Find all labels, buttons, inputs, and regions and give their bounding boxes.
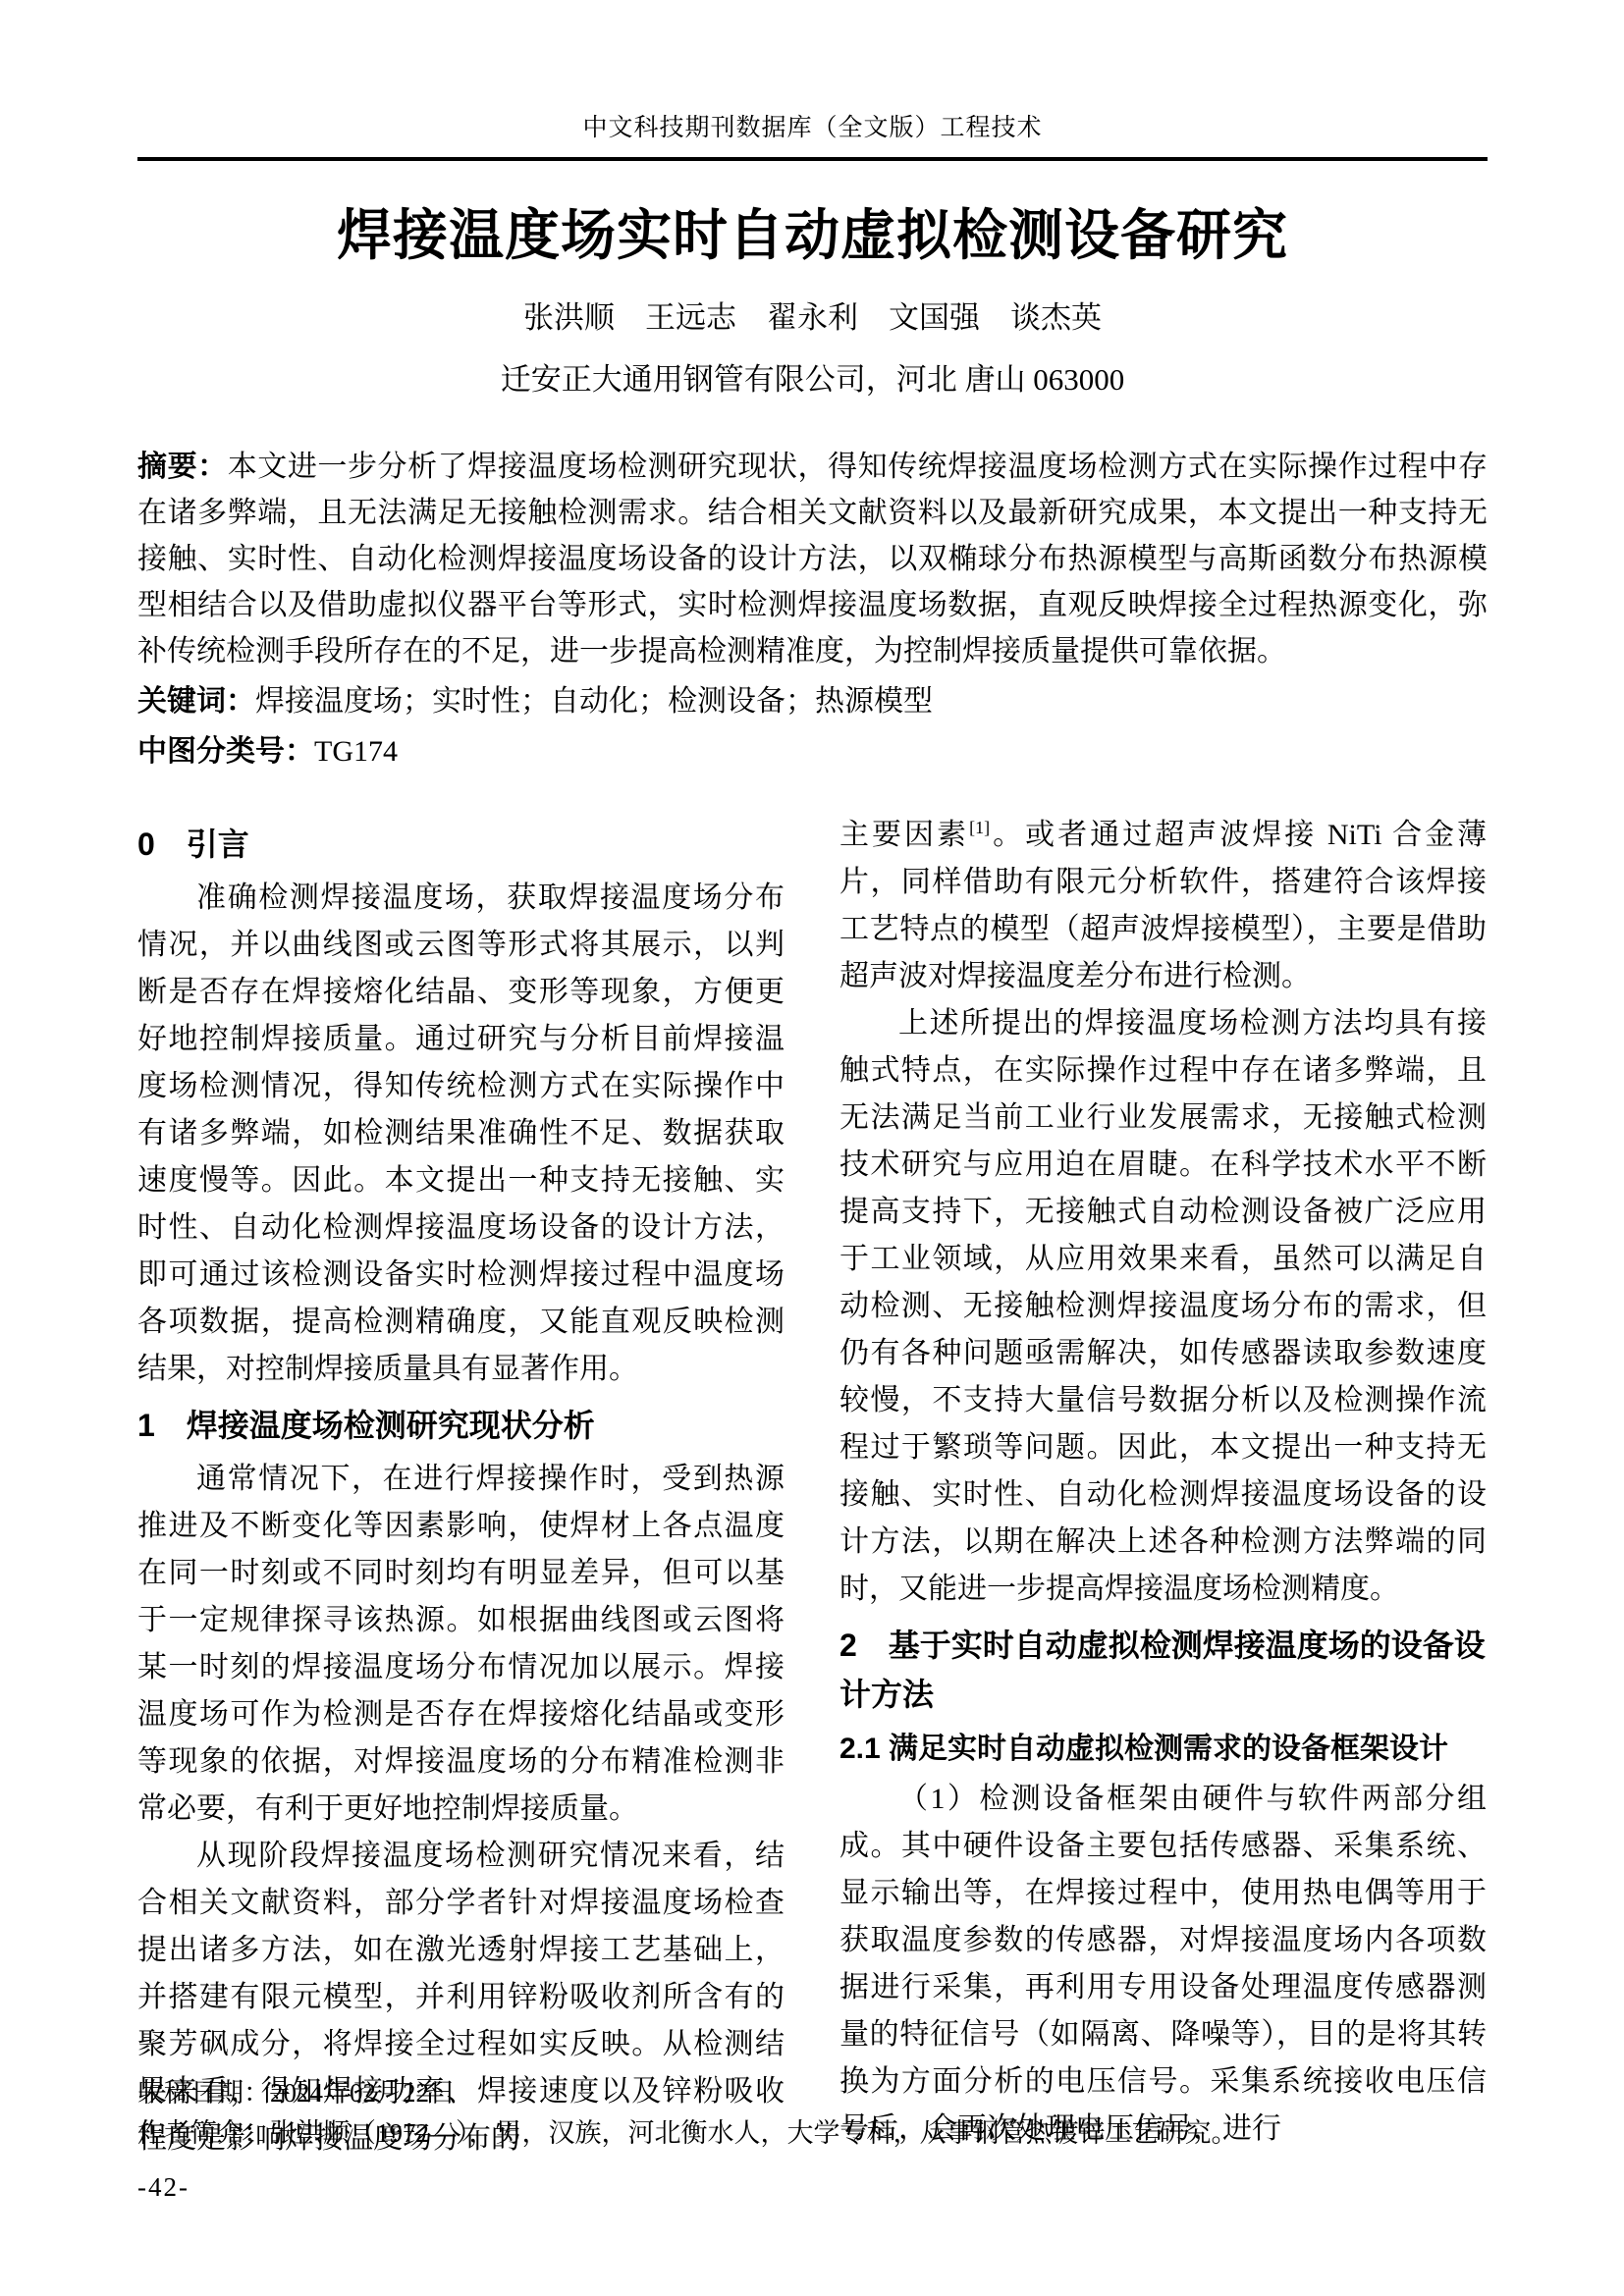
section-1-paragraph-1: 通常情况下，在进行焊接操作时，受到热源推进及不断变化等因素影响，使焊材上各点温度…	[137, 1456, 785, 1833]
received-date-label: 收稿日期：	[137, 2078, 270, 2108]
paper-title: 焊接温度场实时自动虚拟检测设备研究	[137, 204, 1488, 267]
clc-label: 中图分类号：	[137, 735, 314, 768]
author-bio-label: 作者简介：	[137, 2118, 270, 2148]
footer: 收稿日期：2024年02月22日 作者简介：张洪顺（1972—），男，汉族，河北…	[137, 2073, 1488, 2208]
author-bio-value: 张洪顺（1972—），男，汉族，河北衡水人，大学专科，从事钢管热镀锌工艺研究。	[270, 2118, 1238, 2148]
author-bio-line: 作者简介：张洪顺（1972—），男，汉族，河北衡水人，大学专科，从事钢管热镀锌工…	[137, 2113, 1488, 2154]
section-0-paragraph: 准确检测焊接温度场，获取焊接温度场分布情况，并以曲线图或云图等形式将其展示，以判…	[137, 875, 785, 1393]
section-0-heading: 0 引言	[137, 820, 785, 869]
received-date-line: 收稿日期：2024年02月22日	[137, 2073, 1488, 2113]
reference-1-marker: [1]	[969, 818, 990, 837]
affiliation: 迁安正大通用钢管有限公司，河北 唐山 063000	[137, 354, 1488, 399]
continued-paragraph: 主要因素[1]。或者通过超声波焊接 NiTi 合金薄片，同样借助有限元分析软件，…	[839, 812, 1487, 1000]
authors: 张洪顺 王远志 翟永利 文国强 谈杰英	[137, 293, 1488, 337]
continued-text-pre: 主要因素	[839, 819, 969, 851]
keywords-text: 焊接温度场；实时性；自动化；检测设备；热源模型	[255, 685, 933, 718]
journal-header: 中文科技期刊数据库（全文版）工程技术	[137, 0, 1488, 143]
section-2-1-heading: 2.1 满足实时自动虚拟检测需求的设备框架设计	[839, 1725, 1487, 1774]
paper-page: 中文科技期刊数据库（全文版）工程技术 焊接温度场实时自动虚拟检测设备研究 张洪顺…	[0, 0, 1624, 2296]
keywords-label: 关键词：	[137, 685, 255, 718]
left-column: 0 引言 准确检测焊接温度场，获取焊接温度场分布情况，并以曲线图或云图等形式将其…	[137, 812, 785, 2163]
received-date-value: 2024年02月22日	[270, 2078, 456, 2108]
keywords-line: 关键词：焊接温度场；实时性；自动化；检测设备；热源模型	[137, 678, 1488, 724]
header-rule	[137, 157, 1488, 161]
two-column-body: 0 引言 准确检测焊接温度场，获取焊接温度场分布情况，并以曲线图或云图等形式将其…	[137, 812, 1488, 2163]
section-1-heading: 1 焊接温度场检测研究现状分析	[137, 1401, 785, 1450]
clc-value: TG174	[314, 735, 398, 768]
page-content: 中文科技期刊数据库（全文版）工程技术 焊接温度场实时自动虚拟检测设备研究 张洪顺…	[137, 0, 1488, 2163]
section-1-paragraph-3: 上述所提出的焊接温度场检测方法均具有接触式特点，在实际操作过程中存在诸多弊端，且…	[839, 1000, 1487, 1613]
abstract-label: 摘要：	[137, 451, 228, 483]
abstract-text: 本文进一步分析了焊接温度场检测研究现状，得知传统焊接温度场检测方式在实际操作过程…	[137, 451, 1488, 667]
section-2-heading: 2 基于实时自动虚拟检测焊接温度场的设备设计方法	[839, 1621, 1487, 1719]
clc-line: 中图分类号：TG174	[137, 728, 1488, 774]
right-column: 主要因素[1]。或者通过超声波焊接 NiTi 合金薄片，同样借助有限元分析软件，…	[839, 812, 1487, 2163]
abstract: 摘要：本文进一步分析了焊接温度场检测研究现状，得知传统焊接温度场检测方式在实际操…	[137, 444, 1488, 674]
page-number: -42-	[137, 2167, 1488, 2208]
